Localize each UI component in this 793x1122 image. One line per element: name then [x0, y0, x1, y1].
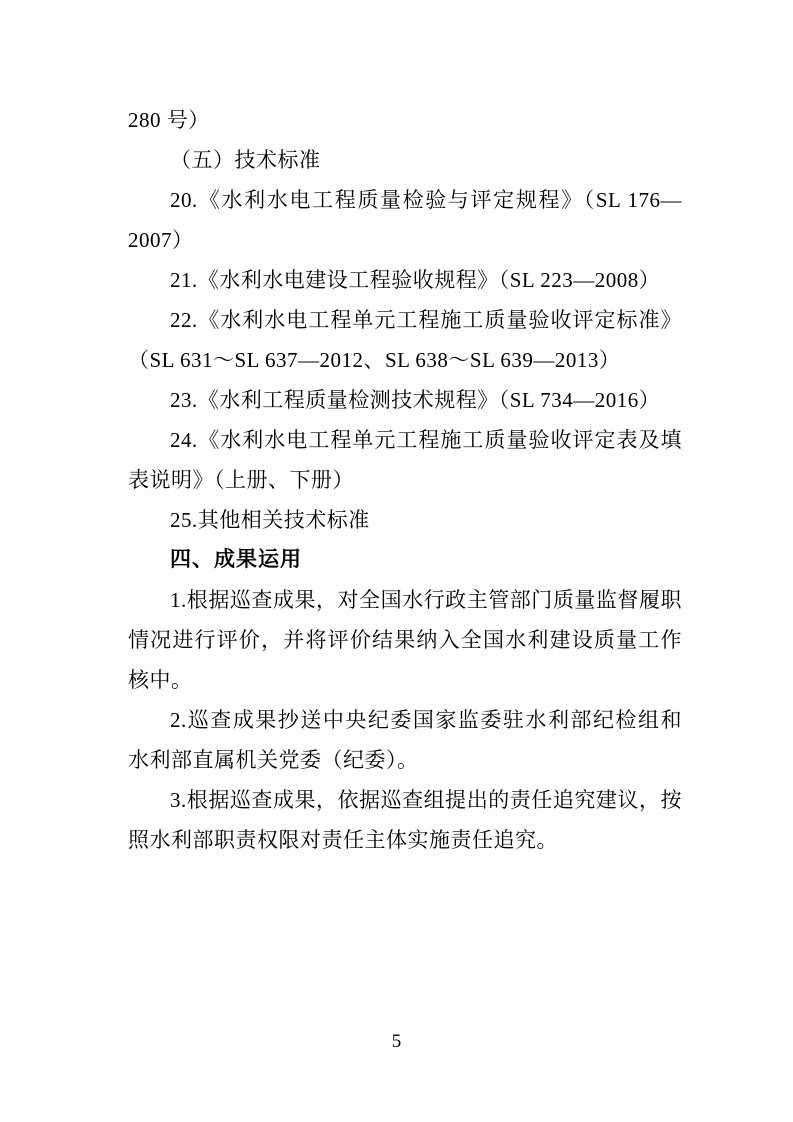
- text-line: 照水利部职责权限对责任主体实施责任追究。: [128, 820, 682, 860]
- text-line: 20.《水利水电工程质量检验与评定规程》（SL 176—: [128, 180, 682, 220]
- text-line: 21.《水利水电建设工程验收规程》（SL 223—2008）: [128, 260, 682, 300]
- document-body: 280 号） （五）技术标准 20.《水利水电工程质量检验与评定规程》（SL 1…: [128, 100, 682, 860]
- page-footer: 5: [0, 1028, 793, 1056]
- text-line: 22.《水利水电工程单元工程施工质量验收评定标准》: [128, 300, 682, 340]
- text-line: 2007）: [128, 220, 682, 260]
- text-line: 1.根据巡查成果，对全国水行政主管部门质量监督履职: [128, 580, 682, 620]
- text-line: 核中。: [128, 660, 682, 700]
- section-heading-line: 四、成果运用: [128, 540, 682, 580]
- text-line: 24.《水利水电工程单元工程施工质量验收评定表及填: [128, 420, 682, 460]
- page-number: 5: [392, 1031, 402, 1052]
- subsection-heading-line: （五）技术标准: [128, 140, 682, 180]
- text-line: 表说明》（上册、下册）: [128, 460, 682, 500]
- text-line: 3.根据巡查成果，依据巡查组提出的责任追究建议，按: [128, 780, 682, 820]
- text-line: 情况进行评价，并将评价结果纳入全国水利建设质量工作考: [128, 620, 682, 660]
- text-line: 23.《水利工程质量检测技术规程》（SL 734—2016）: [128, 380, 682, 420]
- document-page: 280 号） （五）技术标准 20.《水利水电工程质量检验与评定规程》（SL 1…: [0, 0, 793, 1122]
- text-line: 280 号）: [128, 100, 682, 140]
- text-line: 2.巡查成果抄送中央纪委国家监委驻水利部纪检组和: [128, 700, 682, 740]
- text-line: 水利部直属机关党委（纪委）。: [128, 740, 682, 780]
- text-line: （SL 631～SL 637—2012、SL 638～SL 639—2013）: [128, 340, 682, 380]
- text-line: 25.其他相关技术标准: [128, 500, 682, 540]
